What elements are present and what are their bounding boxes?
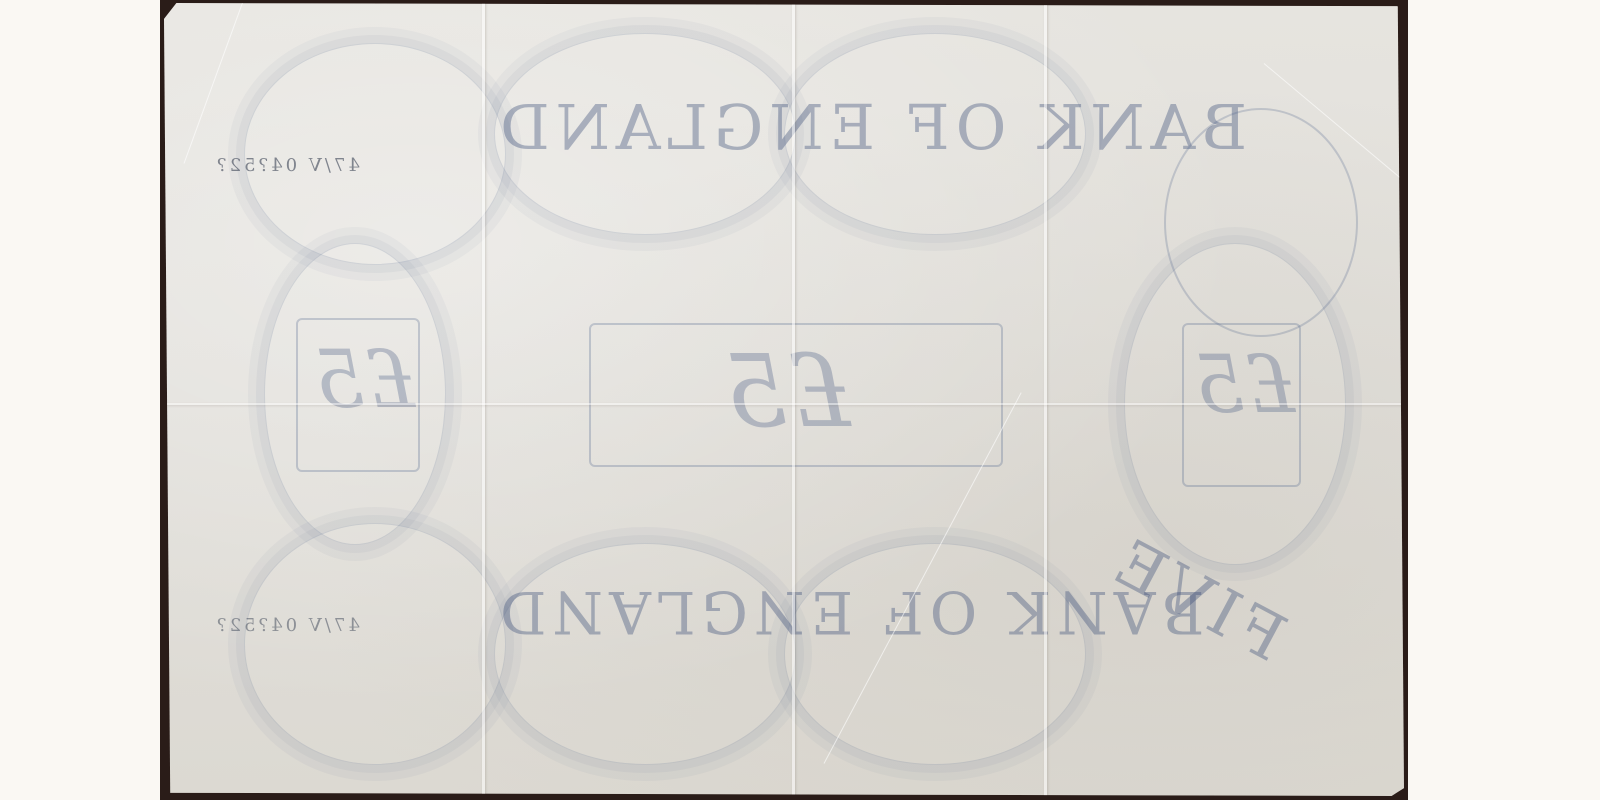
- banknote-paper: BANK OF ENGLAND BANK OF ENGLAND 47/V 04?…: [164, 3, 1404, 796]
- serial-bottom-mirrored: 47/V 04?52?: [214, 615, 360, 636]
- guilloche-band: [784, 543, 1086, 765]
- right-box-numeral: £5: [1194, 338, 1296, 431]
- portrait-oval: [1164, 108, 1358, 337]
- left-box-numeral: £5: [314, 333, 416, 426]
- headline-top-mirrored: BANK OF ENGLAND: [494, 91, 1247, 164]
- guilloche-band: [494, 543, 796, 765]
- banknote-photo: BANK OF ENGLAND BANK OF ENGLAND 47/V 04?…: [160, 0, 1408, 800]
- fold-line: [792, 3, 795, 796]
- guilloche-band: [244, 43, 506, 265]
- fold-line: [1044, 3, 1047, 796]
- fold-line: [482, 3, 485, 796]
- serial-top-mirrored: 47/V 04?52?: [214, 155, 360, 176]
- fold-line: [164, 403, 1404, 405]
- center-box-numeral: £5: [724, 333, 851, 450]
- guilloche-band: [244, 523, 506, 765]
